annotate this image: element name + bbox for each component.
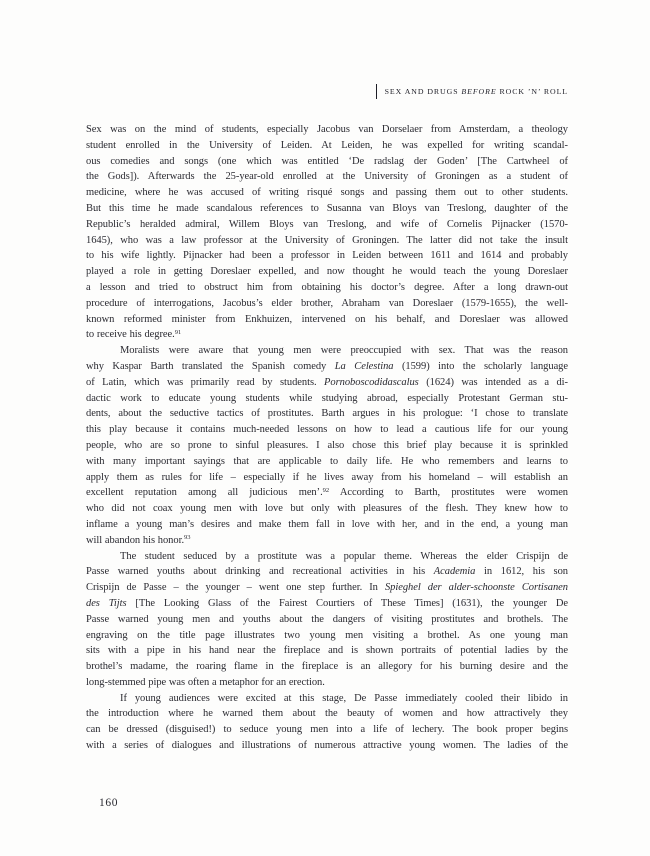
text-line: dents, about the seductive tactics of pr… <box>86 406 568 422</box>
text-line: apply them as rules for life – especiall… <box>86 470 568 486</box>
text-line: Passe warned young men and youths about … <box>86 612 568 628</box>
text-segment: 92 <box>323 487 330 494</box>
text-line: long-stemmed pipe was often a metaphor f… <box>86 675 568 691</box>
text-segment: dents, about the seductive tactics of pr… <box>86 408 568 419</box>
text-segment: this play because it contains much-neede… <box>86 424 568 435</box>
text-segment: 93 <box>184 534 191 541</box>
text-segment: Moralists were aware that young men were… <box>120 345 568 356</box>
text-segment: But this time he made scandalous referen… <box>86 203 568 214</box>
paragraph: Moralists were aware that young men were… <box>86 343 568 548</box>
paragraph: The student seduced by a prostitute was … <box>86 549 568 691</box>
text-line: will abandon his honor.93 <box>86 533 568 549</box>
text-line: to receive his degree.91 <box>86 327 568 343</box>
text-line: procedure of interrogations, Jacobus’s e… <box>86 296 568 312</box>
text-line: the introduction where he warned them ab… <box>86 706 568 722</box>
text-segment: Republic’s heralded admiral, Willem Bloy… <box>86 219 568 230</box>
text-line: a lesson and tried to obstruct him from … <box>86 280 568 296</box>
text-segment: the introduction where he warned them ab… <box>86 708 568 719</box>
header-rule <box>376 84 377 99</box>
text-segment: in 1612, his son <box>475 566 568 577</box>
running-header-text: SEX AND DRUGS BEFORE ROCK ’N’ ROLL <box>385 87 568 96</box>
text-segment: the Gods]). Afterwards the 25-year-old e… <box>86 171 568 182</box>
text-segment: Passe warned youths about drinking and r… <box>86 566 434 577</box>
text-segment: brothel’s madame, the roaring flame in t… <box>86 661 568 672</box>
text-line: Republic’s heralded admiral, Willem Bloy… <box>86 217 568 233</box>
text-line: Crispijn de Passe – the younger – went o… <box>86 580 568 596</box>
text-line: of Latin, which was primarily read by st… <box>86 375 568 391</box>
text-segment: student enrolled in the University of Le… <box>86 140 568 151</box>
text-segment: procedure of interrogations, Jacobus’s e… <box>86 298 568 309</box>
text-line: known reformed minister from Enkhuizen, … <box>86 312 568 328</box>
text-segment: engraving on the title page illustrates … <box>86 630 568 641</box>
text-segment: ous comedies and songs (one which was en… <box>86 156 568 167</box>
text-segment: des Tijts <box>86 598 127 609</box>
text-segment: why Kaspar Barth translated the Spanish … <box>86 361 335 372</box>
text-segment: ROCK ’N’ ROLL <box>497 87 568 96</box>
text-line: des Tijts [The Looking Glass of the Fair… <box>86 596 568 612</box>
text-segment: SEX AND DRUGS <box>385 87 462 96</box>
paragraph: If young audiences were excited at this … <box>86 691 568 754</box>
text-segment: Passe warned young men and youths about … <box>86 614 568 625</box>
text-line: medicine, where he was accused of writin… <box>86 185 568 201</box>
text-segment: The student seduced by a prostitute was … <box>120 551 568 562</box>
text-segment: Spieghel der alder-schoonste Cortisanen <box>385 582 568 593</box>
text-segment: (1599) into the scholarly language <box>393 361 568 372</box>
text-segment: Sex was on the mind of students, especia… <box>86 124 568 135</box>
text-segment: 1645), who was a law professor at the Un… <box>86 235 568 246</box>
text-segment: BEFORE <box>461 87 496 96</box>
text-line: who did not coax young men with love but… <box>86 501 568 517</box>
text-line: student enrolled in the University of Le… <box>86 138 568 154</box>
text-segment: If young audiences were excited at this … <box>120 693 568 704</box>
text-segment: played a role in getting Doreslaer expel… <box>86 266 568 277</box>
text-line: this play because it contains much-neede… <box>86 422 568 438</box>
text-line: If young audiences were excited at this … <box>86 691 568 707</box>
text-segment: who did not coax young men with love but… <box>86 503 568 514</box>
text-segment: Pornoboscodidascalus <box>324 377 419 388</box>
page-body: Sex was on the mind of students, especia… <box>86 122 568 754</box>
text-segment: According to Barth, prostitutes were wom… <box>329 487 568 498</box>
text-line: why Kaspar Barth translated the Spanish … <box>86 359 568 375</box>
text-line: dactic work to educate young students wh… <box>86 391 568 407</box>
text-segment: will abandon his honor. <box>86 535 184 546</box>
text-segment: to receive his degree. <box>86 329 175 340</box>
text-line: inflame a young man’s desires and make t… <box>86 517 568 533</box>
text-line: Moralists were aware that young men were… <box>86 343 568 359</box>
text-segment: can be dressed (disguised!) to seduce yo… <box>86 724 568 735</box>
text-line: ous comedies and songs (one which was en… <box>86 154 568 170</box>
text-segment: of Latin, which was primarily read by st… <box>86 377 324 388</box>
text-segment: Academia <box>434 566 476 577</box>
text-line: Sex was on the mind of students, especia… <box>86 122 568 138</box>
text-segment: inflame a young man’s desires and make t… <box>86 519 568 530</box>
paragraph: Sex was on the mind of students, especia… <box>86 122 568 343</box>
text-segment: with a series of dialogues and illustrat… <box>86 740 568 751</box>
text-line: the Gods]). Afterwards the 25-year-old e… <box>86 169 568 185</box>
text-line: with a series of dialogues and illustrat… <box>86 738 568 754</box>
book-page: SEX AND DRUGS BEFORE ROCK ’N’ ROLL Sex w… <box>0 0 650 856</box>
text-line: But this time he made scandalous referen… <box>86 201 568 217</box>
text-segment: La Celestina <box>335 361 394 372</box>
text-line: The student seduced by a prostitute was … <box>86 549 568 565</box>
text-segment: apply them as rules for life – especiall… <box>86 472 568 483</box>
text-line: played a role in getting Doreslaer expel… <box>86 264 568 280</box>
text-line: Passe warned youths about drinking and r… <box>86 564 568 580</box>
text-segment: [The Looking Glass of the Fairest Courti… <box>127 598 568 609</box>
text-segment: medicine, where he was accused of writin… <box>86 187 568 198</box>
text-line: sits with a pipe in his hand near the fi… <box>86 643 568 659</box>
text-segment: 91 <box>175 329 182 336</box>
text-segment: excellent reputation among all judicious… <box>86 487 323 498</box>
text-line: excellent reputation among all judicious… <box>86 485 568 501</box>
text-segment: long-stemmed pipe was often a metaphor f… <box>86 677 325 688</box>
text-segment: with many important sayings that are app… <box>86 456 568 467</box>
page-number: 160 <box>99 797 118 809</box>
text-line: to his wife lightly. Pijnacker had been … <box>86 248 568 264</box>
text-line: with many important sayings that are app… <box>86 454 568 470</box>
text-segment: a lesson and tried to obstruct him from … <box>86 282 568 293</box>
running-header: SEX AND DRUGS BEFORE ROCK ’N’ ROLL <box>376 83 568 99</box>
text-segment: known reformed minister from Enkhuizen, … <box>86 314 568 325</box>
text-segment: people, who are so prone to sinful pleas… <box>86 440 568 451</box>
text-line: can be dressed (disguised!) to seduce yo… <box>86 722 568 738</box>
text-segment: Crispijn de Passe – the younger – went o… <box>86 582 385 593</box>
text-segment: sits with a pipe in his hand near the fi… <box>86 645 568 656</box>
text-line: 1645), who was a law professor at the Un… <box>86 233 568 249</box>
text-segment: (1624) was intended as a di- <box>419 377 568 388</box>
text-segment: dactic work to educate young students wh… <box>86 393 568 404</box>
text-line: brothel’s madame, the roaring flame in t… <box>86 659 568 675</box>
text-line: engraving on the title page illustrates … <box>86 628 568 644</box>
text-segment: to his wife lightly. Pijnacker had been … <box>86 250 568 261</box>
text-line: people, who are so prone to sinful pleas… <box>86 438 568 454</box>
